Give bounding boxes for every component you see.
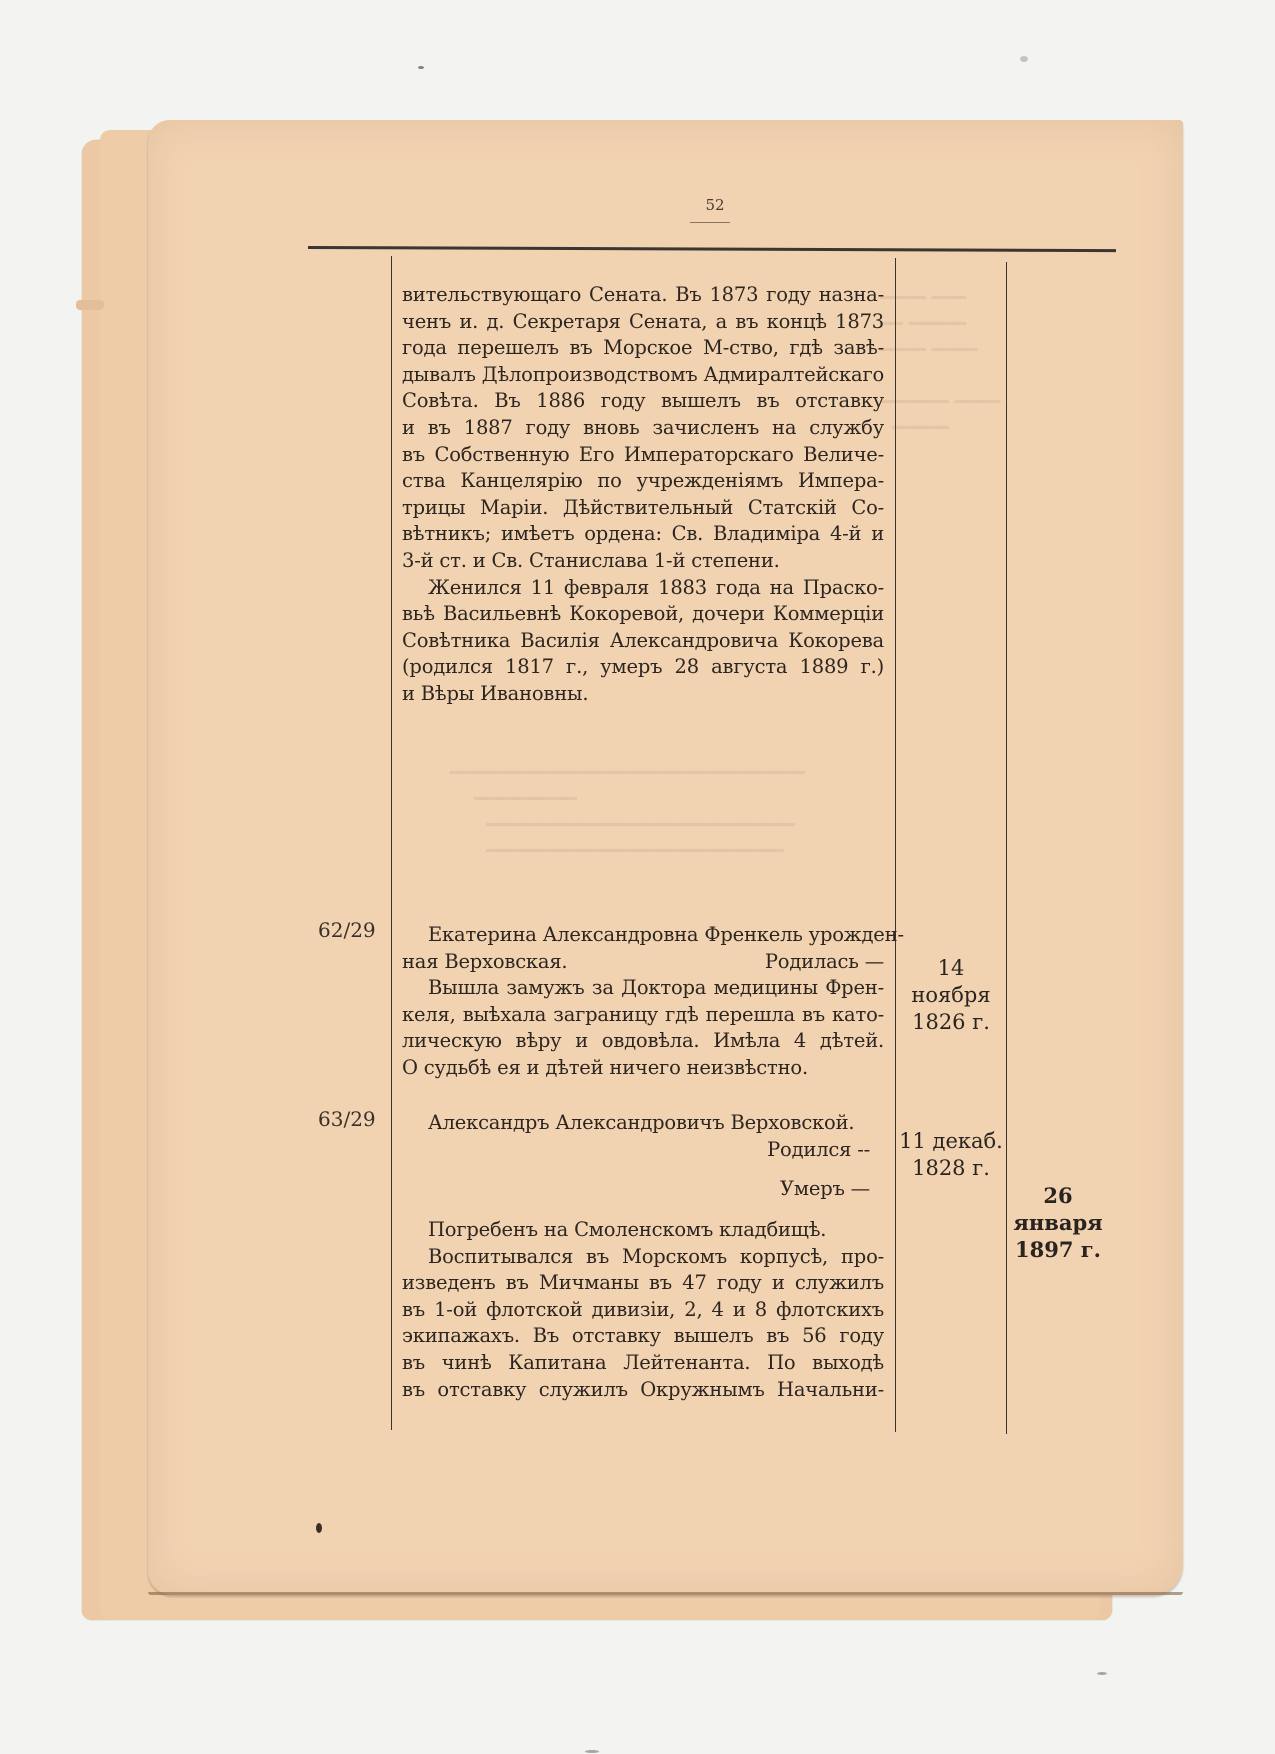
- text-line: лическую вѣру и овдовѣла. Имѣла 4 дѣтей.: [402, 1028, 884, 1055]
- ink-speck: [1097, 1672, 1107, 1675]
- text-line: изведенъ въ Мичманы въ 47 году и служилъ: [402, 1270, 884, 1297]
- born-date-year: 1826 г.: [895, 1009, 1007, 1036]
- died-date: 26 января 1897 г.: [1000, 1182, 1116, 1263]
- text-line: ная Верховская. Родилась —: [402, 949, 884, 976]
- text-line: Вышла замужъ за Доктора медицины Френ-: [402, 975, 884, 1002]
- entry-text-62-29: Екатерина Александровна Френкель урожден…: [402, 922, 884, 1082]
- text-line: 3-й ст. и Св. Станислава 1-й степени.: [402, 548, 884, 575]
- entry-number: 63/29: [318, 1107, 376, 1131]
- text-line: года перешелъ въ Морское М-ство, гдѣ зав…: [402, 335, 884, 362]
- entry-name: Александръ Александровичъ Верховской.: [402, 1110, 884, 1137]
- text-line: дывалъ Дѣлопроизводствомъ Адмиралтейскаг…: [402, 362, 884, 389]
- entry-name-continued: ная Верховская.: [402, 950, 567, 973]
- column-rule-left: [391, 256, 392, 1430]
- born-label: Родился --: [402, 1137, 884, 1164]
- column-rule-born: [895, 258, 896, 1432]
- entry-bio-63-29: Погребенъ на Смоленскомъ кладбищѣ. Воспи…: [402, 1217, 884, 1403]
- text-line: О судьбѣ ея и дѣтей ничего неизвѣстно.: [402, 1055, 884, 1082]
- born-date-year: 1828 г.: [895, 1155, 1007, 1182]
- page-number-rule: [690, 222, 730, 223]
- born-date-day: 11 декаб.: [895, 1128, 1007, 1155]
- entry-number: 62/29: [318, 918, 376, 942]
- text-line: экипажахъ. Въ отставку вышелъ въ 56 году: [402, 1323, 884, 1350]
- died-label-row: Умеръ —: [402, 1176, 884, 1203]
- ink-speck: [418, 66, 424, 69]
- page-number: 52: [685, 196, 745, 214]
- text-line: вѣтникъ; имѣетъ ордена: Св. Владиміра 4-…: [402, 521, 884, 548]
- born-date: 11 декаб. 1828 г.: [895, 1128, 1007, 1182]
- ink-speck: [585, 1750, 599, 1753]
- text-line: Совѣта. Въ 1886 году вышелъ въ отставку: [402, 388, 884, 415]
- text-line: вительствующаго Сената. Въ 1873 году наз…: [402, 282, 884, 309]
- text-line: (родился 1817 г., умеръ 28 августа 1889 …: [402, 654, 884, 681]
- text-line: Женился 11 февраля 1883 года на Праско-: [402, 575, 884, 602]
- text-line: и Вѣры Ивановны.: [402, 681, 884, 708]
- ink-speck: [1020, 56, 1028, 62]
- text-line: Екатерина Александровна Френкель урожден…: [402, 922, 884, 949]
- entry-text-63-29: Александръ Александровичъ Верховской. Ро…: [402, 1110, 884, 1163]
- text-line: Совѣтника Василія Александровича Кокорев…: [402, 628, 884, 655]
- born-label: Родилась —: [765, 949, 884, 976]
- died-date-day: 26 января: [1000, 1182, 1116, 1236]
- text-line: и въ 1887 году вновь зачисленъ на службу: [402, 415, 884, 442]
- continuation-text: вительствующаго Сената. Въ 1873 году наз…: [402, 282, 884, 708]
- text-line: въ Собственную Его Императорскаго Величе…: [402, 442, 884, 469]
- died-date-year: 1897 г.: [1000, 1236, 1116, 1263]
- ink-speck: [316, 1523, 322, 1533]
- paper-tear: [76, 300, 104, 310]
- text-line: трицы Маріи. Дѣйствительный Статскій Со-: [402, 495, 884, 522]
- born-date: 14 ноября 1826 г.: [895, 955, 1007, 1036]
- text-line: въ чинѣ Капитана Лейтенанта. По выходѣ: [402, 1350, 884, 1377]
- text-line: ства Канцелярію по учрежденіямъ Импера-: [402, 468, 884, 495]
- text-line: Погребенъ на Смоленскомъ кладбищѣ.: [402, 1217, 884, 1244]
- text-line: келя, выѣхала заграницу гдѣ перешла въ к…: [402, 1002, 884, 1029]
- text-line: Воспитывался въ Морскомъ корпусѣ, про-: [402, 1244, 884, 1271]
- born-date-day: 14 ноября: [895, 955, 1007, 1009]
- text-line: въ отставку служилъ Окружнымъ Начальни-: [402, 1377, 884, 1404]
- died-label: Умеръ —: [402, 1176, 884, 1203]
- text-line: ченъ и. д. Секретаря Сената, а въ концѣ …: [402, 309, 884, 336]
- text-line: вьѣ Васильевнѣ Кокоревой, дочери Коммерц…: [402, 601, 884, 628]
- text-line: въ 1-ой флотской дивизіи, 2, 4 и 8 флотс…: [402, 1297, 884, 1324]
